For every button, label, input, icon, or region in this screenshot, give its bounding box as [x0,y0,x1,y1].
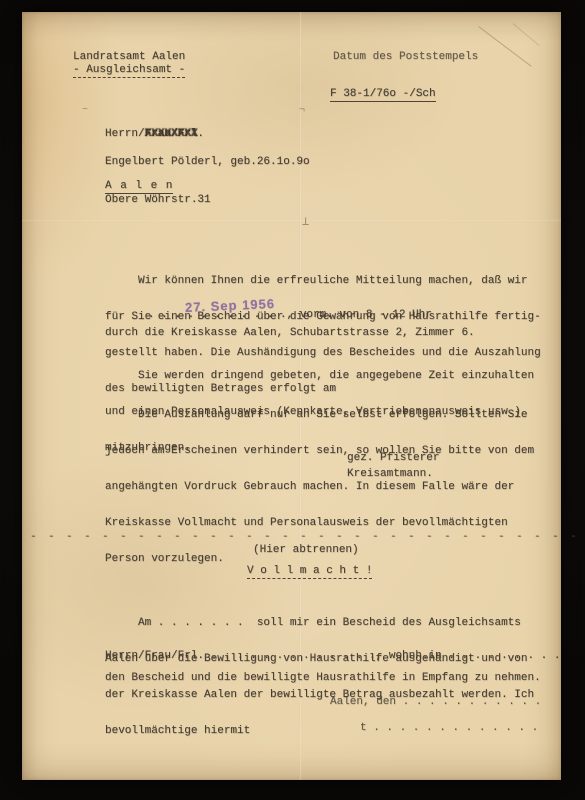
paragraph-line: jedoch am Erscheinen verhindert sein, so… [105,445,534,457]
salutation-struck-out: Frau/FrlXXXXXXXX [145,128,198,140]
file-reference-text: F 38-1/76o -/Sch [330,88,436,102]
body-paragraph-3: Die Auszahlung darf nur an Sie selbst er… [105,385,534,589]
paragraph-line: angehängten Vordruck Gebrauch machen. In… [105,481,534,493]
office-dept-text: - Ausgleichsamt - [73,64,185,78]
vollmacht-heading-text: V o l l m a c h t ! [247,565,372,579]
letterhead-office-dept: - Ausgleichsamt - [73,64,185,76]
receipt-purpose-line: den Bescheid und die bewilligte Hausrath… [105,672,541,684]
date-line-text: , vorm. von 8 - 12 Uhr [287,309,432,321]
paragraph-line: Wir können Ihnen die erfreuliche Mitteil… [105,275,541,287]
salutation-period: . [197,128,204,140]
recipient-street: Obere Wöhrstr.31 [105,194,211,206]
recipient-city: A a l e n [105,180,173,192]
file-reference: F 38-1/76o -/Sch [330,88,436,100]
letterhead-office-name: Landratsamt Aalen [73,51,185,63]
vollmacht-heading: V o l l m a c h t ! [247,565,372,577]
signature-name: gez. Pfisterer [347,452,439,464]
paragraph-line: Die Auszahlung darf nur an Sie selbst er… [105,409,534,421]
recipient-name: Engelbert Pölderl, geb.26.1o.9o [105,156,310,168]
paragraph-line: Am . . . . . . . soll mir ein Bescheid d… [105,617,534,629]
tear-line: - - - - - - - - - - - - - - - - - - - - … [30,531,585,543]
salutation-prefix: Herrn/ [105,128,145,140]
paragraph-line: Sie werden dringend gebeten, die angegeb… [105,370,534,382]
fold-mark: ⊥ [302,214,309,229]
recipient-salutation: Herrn/Frau/FrlXXXXXXXX. [105,128,204,140]
recipient-city-text: A a l e n [105,180,173,194]
place-date-line: Aalen, den . . . . . . . . . . . [330,696,541,708]
pay-office-line: durch die Kreiskasse Aalen, Schubartstra… [105,327,475,339]
grantee-fill-line: Herrn/Frau/Frl. . . . . . . . . . . . . … [105,650,560,662]
corner-crease [513,23,540,46]
strikethrough-overlay: XXXXXXXX [145,128,198,140]
horizontal-fold-line [22,219,561,222]
signature-dotted-line: t . . . . . . . . . . . . . [360,722,538,734]
signature-title: Kreisamtmann. [347,468,433,480]
fold-mark: ¬ [299,105,305,116]
fold-mark: ~ [82,105,88,116]
document-paper: Landratsamt Aalen - Ausgleichsamt - Datu… [22,12,561,780]
detach-note: (Hier abtrennen) [253,544,359,556]
paragraph-line: Kreiskasse Vollmacht und Personalausweis… [105,517,534,529]
postmark-date-label: Datum des Poststempels [333,51,478,63]
